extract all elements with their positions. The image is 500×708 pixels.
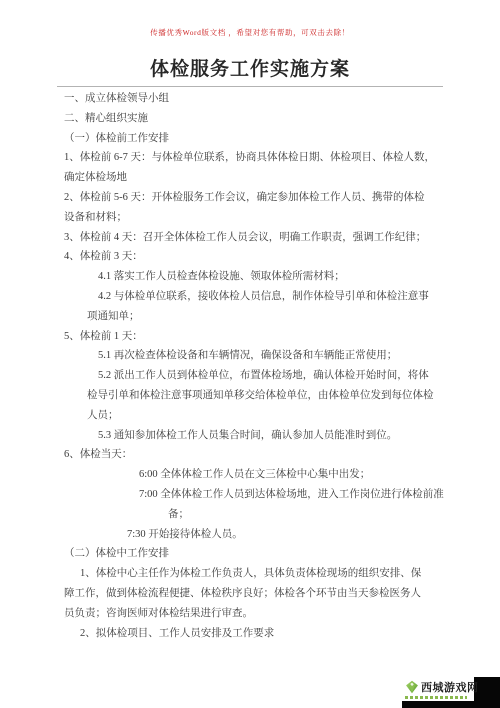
document-page: 传播优秀Word版文档 ，希望对您有帮助，可双击去除！ 体检服务工作实施方案 一… xyxy=(0,0,500,708)
logo-tagline xyxy=(405,696,467,699)
doc-line: 4.1 落实工作人员检查体检设施、领取体检所需材料； xyxy=(0,267,460,287)
doc-line: 二、精心组织实施 xyxy=(0,109,460,129)
doc-line: 备； xyxy=(0,505,460,525)
doc-line: 1、体检前 6-7 天：与体检单位联系，协商具体体检日期、体检项目、体检人数， xyxy=(0,148,460,168)
title-underline xyxy=(57,86,443,87)
site-watermark-corner: 西城游戏网 xyxy=(402,677,500,708)
doc-line: 人员； xyxy=(0,406,460,426)
doc-line: 7:00 全体体检工作人员到达体检场地，进入工作岗位进行体检前准 xyxy=(0,485,460,505)
doc-line: 2、拟体检项目、工作人员安排及工作要求 xyxy=(0,624,460,644)
document-title: 体检服务工作实施方案 xyxy=(0,54,500,81)
doc-line: 检导引单和体检注意事项通知单移交给体检单位，由体检单位发到每位体检 xyxy=(0,386,460,406)
doc-line: 2、体检前 5-6 天：开体检服务工作会议，确定参加体检工作人员、携带的体检 xyxy=(0,188,460,208)
doc-line: 一、成立体检领导小组 xyxy=(0,89,460,109)
doc-line: 1、体检中心主任作为体检工作负责人，具体负责体检现场的组织安排、保 xyxy=(0,564,460,584)
site-logo-badge: 西城游戏网 xyxy=(402,677,474,701)
doc-line: 5.1 再次检查体检设备和车辆情况，确保设备和车辆能正常使用； xyxy=(0,346,460,366)
document-body: 一、成立体检领导小组二、精心组织实施（一）体检前工作安排1、体检前 6-7 天：… xyxy=(0,89,460,643)
doc-line: 障工作，做到体检流程便捷、体检秩序良好；体检各个环节由当天参检医务人 xyxy=(0,584,460,604)
doc-line: 7:30 开始接待体检人员。 xyxy=(0,525,460,545)
doc-line: 5.3 通知参加体检工作人员集合时间，确认参加人员能准时到位。 xyxy=(0,426,460,446)
doc-line: 设备和材料； xyxy=(0,208,460,228)
doc-line: 4.2 与体检单位联系，接收体检人员信息，制作体检导引单和体检注意事 xyxy=(0,287,460,307)
doc-line: 6、体检当天： xyxy=(0,445,460,465)
doc-line: 5、体检前 1 天： xyxy=(0,327,460,347)
doc-line: 4、体检前 3 天： xyxy=(0,247,460,267)
doc-line: （二）体检中工作安排 xyxy=(0,544,460,564)
word-watermark-notice[interactable]: 传播优秀Word版文档 ，希望对您有帮助，可双击去除！ xyxy=(0,27,500,38)
doc-line: （一）体检前工作安排 xyxy=(0,129,460,149)
doc-line: 5.2 派出工作人员到体检单位，布置体检场地，确认体检开始时间，将体 xyxy=(0,366,460,386)
doc-line: 确定体检场地 xyxy=(0,168,460,188)
site-name: 西城游戏网 xyxy=(421,679,479,695)
doc-line: 3、体检前 4 天：召开全体体检工作人员会议，明确工作职责，强调工作纪律； xyxy=(0,228,460,248)
gem-icon xyxy=(405,680,419,694)
doc-line: 6:00 全体体检工作人员在文三体检中心集中出发； xyxy=(0,465,460,485)
doc-line: 员负责；咨询医师对体检结果进行审查。 xyxy=(0,604,460,624)
doc-line: 项通知单； xyxy=(0,307,460,327)
